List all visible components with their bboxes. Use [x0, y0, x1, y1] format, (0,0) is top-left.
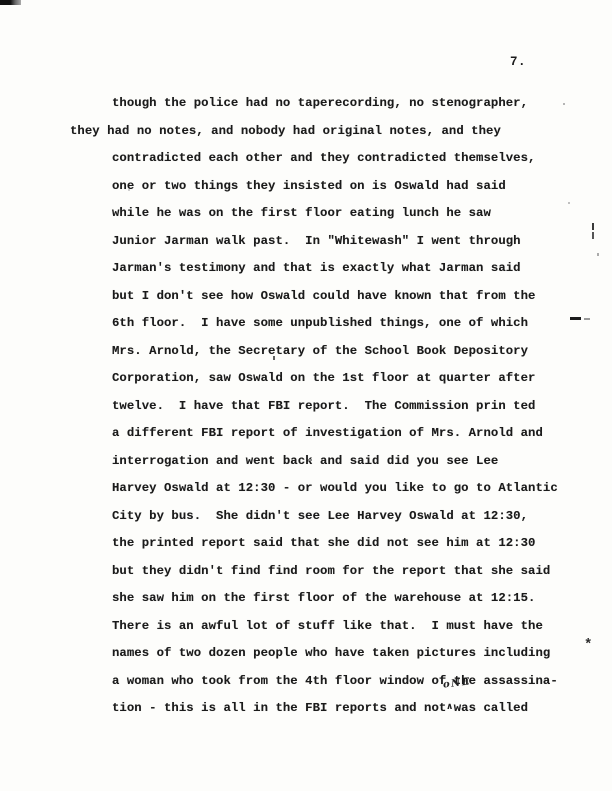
scan-corner-artifact [0, 0, 21, 5]
text-line: Harvey Oswald at 12:30 - or would you li… [112, 475, 592, 503]
text-line: There is an awful lot of stuff like that… [112, 613, 592, 641]
text-line: they had no notes, and nobody had origin… [70, 118, 592, 146]
text-line: 6th floor. I have some unpublished thing… [112, 310, 592, 338]
text-line: while he was on the first floor eating l… [112, 200, 592, 228]
text-line: interrogation and went back and said did… [112, 448, 592, 476]
text-line: she saw him on the first floor of the wa… [112, 585, 592, 613]
text-line: Junior Jarman walk past. In "Whitewash" … [112, 228, 592, 256]
text-line: a different FBI report of investigation … [112, 420, 592, 448]
text-line: one or two things they insisted on is Os… [112, 173, 592, 201]
text-line: tion - this is all in the FBI reports an… [112, 695, 592, 723]
text-line: but they didn't find find room for the r… [112, 558, 592, 586]
scan-speck [308, 459, 312, 461]
margin-dash-mark [570, 317, 581, 320]
text-line: Mrs. Arnold, the Secretary of the School… [112, 338, 592, 366]
scan-speck [563, 103, 565, 105]
text-line: Jarman's testimony and that is exactly w… [112, 255, 592, 283]
scan-speck [128, 189, 130, 191]
typed-text-block: though the police had no taperecording, … [112, 90, 592, 723]
scan-speck [568, 202, 570, 204]
caret-insertion-mark: ∧ [446, 702, 453, 712]
scan-speck [597, 253, 599, 256]
text-line: contradicted each other and they contrad… [112, 145, 592, 173]
text-line: a woman who took from the 4th floor wind… [112, 668, 592, 696]
text-line: twelve. I have that FBI report. The Comm… [112, 393, 592, 421]
page-number: 7. [510, 55, 526, 69]
text-line: but I don't see how Oswald could have kn… [112, 283, 592, 311]
margin-dash-mark-light [584, 318, 590, 320]
text-line: though the police had no taperecording, … [112, 90, 592, 118]
margin-asterisk-mark: * [584, 637, 592, 653]
text-line: Corporation, saw Oswald on the 1st floor… [112, 365, 592, 393]
text-line: the printed report said that she did not… [112, 530, 592, 558]
scan-speck [273, 356, 275, 360]
scanned-typewritten-page: 7. though the police had no taperecordin… [0, 0, 612, 791]
text-line: City by bus. She didn't see Lee Harvey O… [112, 503, 592, 531]
margin-exclamation-speck [592, 223, 594, 230]
text-line: names of two dozen people who have taken… [112, 640, 592, 668]
